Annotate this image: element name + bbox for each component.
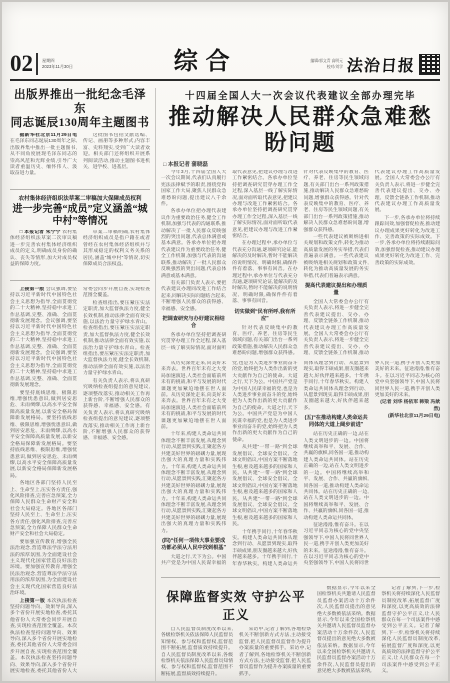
newspaper-page: 02 星期四 2023年11月30日 综合 编辑/郭文青 高明元 校对/刘学 法…: [2, 2, 448, 681]
bottom-article-body-right: 数据显示,今年以来全国检察机关共邀请人民监督员监督办案活动十万余件次,人民监督员…: [317, 586, 440, 683]
main-article: 十四届全国人大一次会议代表建议全部办理完毕 推动解决人民群众急难愁盼问题 □ 本…: [161, 88, 440, 358]
qr-code-icon: [419, 54, 440, 75]
article-rural-body: □ 本报记者 朱宁宁 农村集体经济组织法草案二次审议稿进一步完善农村集体经济组织…: [10, 230, 150, 276]
page-content: 出版界推出一批纪念毛泽东 同志诞辰130周年主题图书 据新华社北京11月29日电…: [10, 88, 440, 682]
main-article-byline: □ 本报记者 蒲晓磊: [163, 160, 440, 168]
left-column: 出版界推出一批纪念毛泽东 同志诞辰130周年主题图书 据新华社北京11月29日电…: [10, 88, 150, 682]
article-books-body: 据新华社北京11月29日电 在毛泽东同志诞辰130周年之际,出版界集中推出一批主…: [10, 133, 150, 185]
bottom-article-headline: 保障监督实效 守护公平正义: [161, 587, 311, 623]
feature-continuation-body: 从历史深处走来,向美好未来奔去。世界百年未有之大变局加速演进,人类社会面临前所未…: [161, 361, 440, 573]
date: 2023年11月30日: [42, 64, 73, 69]
page-number: 02: [10, 52, 33, 76]
page-number-block: 02 星期四 2023年11月30日: [10, 52, 73, 76]
main-article-headline: 推动解决人民群众急难愁盼问题: [161, 104, 440, 156]
article-rural-law: 农村集体经济组织法草案二审稿加大保障成员权利 进一步完善“成员”定义涵盖“城中村…: [10, 194, 150, 276]
divider: [161, 577, 440, 578]
newspaper-masthead: 法治日报: [346, 53, 416, 76]
main-area: 十四届全国人大一次会议代表建议全部办理完毕 推动解决人民群众急难愁盼问题 □ 本…: [161, 88, 440, 682]
editors: 编辑/郭文青 高明元 校对/刘学: [310, 59, 342, 70]
masthead-block: 编辑/郭文青 高明元 校对/刘学 法治日报: [310, 53, 440, 76]
date-block: 星期四 2023年11月30日: [42, 58, 73, 70]
article-rural-headline: 进一步完善“成员”定义涵盖“城中村”等情况: [10, 204, 150, 228]
headline-line2: 同志诞辰130周年主题图书: [10, 116, 150, 130]
divider: [36, 53, 38, 75]
section-title: 综合: [174, 41, 238, 76]
continued-from-page-one: 上接第一版 会议强调,要坚持以习近平新时代中国特色社会主义思想为指导,全面贯彻党…: [10, 287, 150, 682]
main-article-kicker: 十四届全国人大一次会议代表建议全部办理完毕: [161, 88, 440, 102]
bottom-article: 保障监督实效 守护公平正义 自人民监督员制度改革以来,各级检察机关依法保障人民监…: [161, 584, 440, 682]
editors-line2: 校对/刘学: [327, 65, 343, 69]
main-article-body: 今年3月,十四届全国人大一次会议期间,代表们认真履行宪法法律赋予的职责,围绕党和…: [161, 170, 440, 358]
divider: [10, 189, 150, 190]
article-books-headline: 出版界推出一批纪念毛泽东 同志诞辰130周年主题图书: [10, 88, 150, 130]
headline-line1: 出版界推出一批纪念毛泽东: [10, 88, 150, 116]
column-separator: [155, 88, 156, 682]
article-books: 出版界推出一批纪念毛泽东 同志诞辰130周年主题图书 据新华社北京11月29日电…: [10, 88, 150, 185]
divider: [10, 280, 150, 281]
bottom-article-body-left: 自人民监督员制度改革以来,各级检察机关依法保障人民监督员知情权、参与权和监督权,…: [161, 627, 311, 682]
bottom-article-left: 保障监督实效 守护公平正义 自人民监督员制度改革以来,各级检察机关依法保障人民监…: [161, 584, 311, 682]
page-header: 02 星期四 2023年11月30日 综合 编辑/郭文青 高明元 校对/刘学 法…: [10, 46, 440, 76]
article-rural-kicker: 农村集体经济组织法草案二审稿加大保障成员权利: [10, 194, 150, 202]
header-rule: [10, 79, 440, 81]
editors-line1: 编辑/郭文青 高明元: [310, 59, 342, 63]
bottom-article-right: 数据显示,今年以来全国检察机关共邀请人民监督员监督办案活动十万余件次,人民监督员…: [317, 584, 440, 682]
weekday: 星期四: [42, 58, 55, 63]
